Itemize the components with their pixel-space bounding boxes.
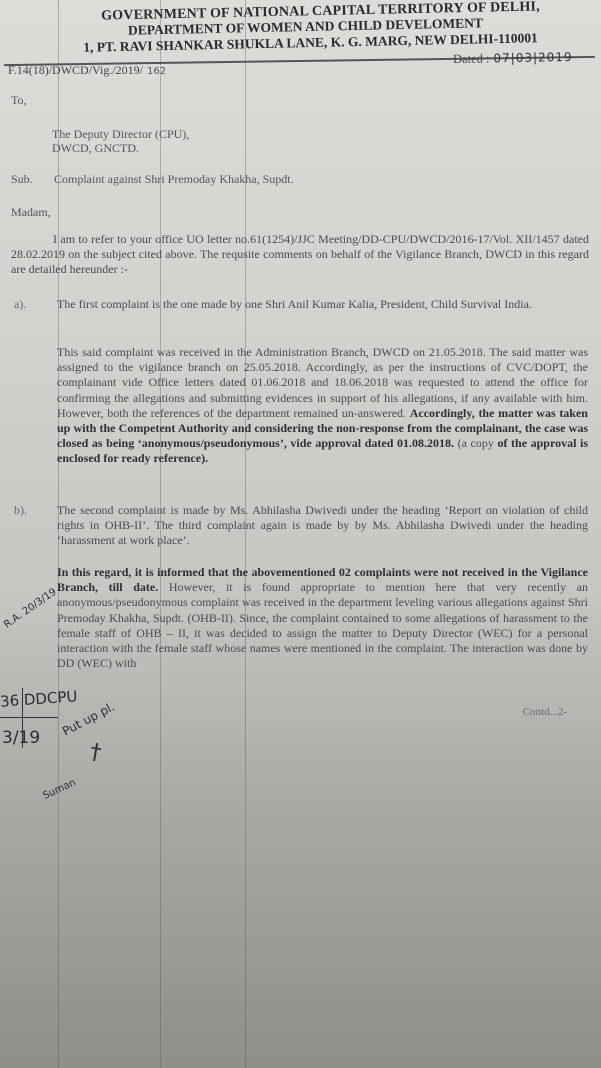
dated-label: Dated : xyxy=(453,51,490,66)
letterhead: GOVERNMENT OF NATIONAL CAPITAL TERRITORY… xyxy=(0,4,601,51)
intro-paragraph: I am to refer to your office UO letter n… xyxy=(11,232,589,278)
item-b-text: The second complaint is made by Ms. Abhi… xyxy=(57,503,588,549)
handwritten-receipt-date: 3/19 xyxy=(2,728,40,748)
handwritten-margin-note: R.A. 20/3/19 xyxy=(3,587,59,630)
date-line: Dated :07|03|2019 xyxy=(453,50,573,67)
file-number-printed: F.14(18)/DWCD/Vig./2019/ xyxy=(8,63,143,77)
addressee-title: The Deputy Director (CPU), xyxy=(52,127,189,141)
handwritten-receipt-number: 36 DDCPU xyxy=(0,687,78,710)
handwritten-initial-mark: † xyxy=(88,739,103,766)
item-a-detail-tail: (a copy xyxy=(454,436,497,450)
file-number-handwritten: 162 xyxy=(147,66,166,77)
item-a-label: a). xyxy=(14,297,26,312)
item-a-detail: This said complaint was received in the … xyxy=(57,345,588,467)
to-label: To, xyxy=(11,93,27,108)
continuation-marker: Contd...2- xyxy=(523,706,567,718)
subject-label: Sub. xyxy=(11,172,54,187)
receipt-stamp-divider xyxy=(0,717,58,718)
item-b-label: b). xyxy=(14,503,27,518)
subject-line: Sub.Complaint against Shri Premoday Khak… xyxy=(11,172,294,187)
item-a-text: The first complaint is the one made by o… xyxy=(57,297,588,312)
subject-text: Complaint against Shri Premoday Khakha, … xyxy=(54,172,294,186)
salutation: Madam, xyxy=(11,205,51,220)
addressee: The Deputy Director (CPU), DWCD, GNCTD. xyxy=(52,127,189,155)
handwritten-signature: Suman xyxy=(41,777,77,802)
addressee-org: DWCD, GNCTD. xyxy=(52,141,189,155)
dated-handwritten: 07|03|2019 xyxy=(494,50,573,65)
file-number: F.14(18)/DWCD/Vig./2019/162 xyxy=(8,63,166,78)
item-b-detail: In this regard, it is informed that the … xyxy=(57,565,588,671)
